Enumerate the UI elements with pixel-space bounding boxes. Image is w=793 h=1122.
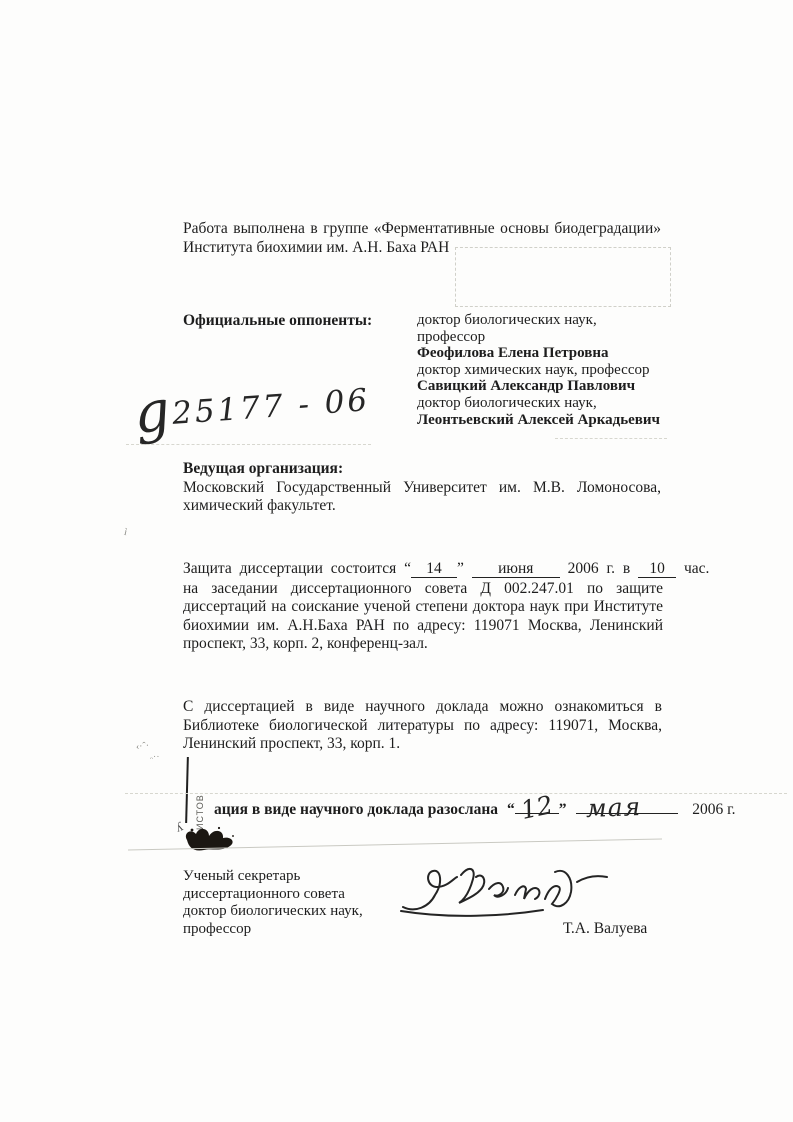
handwritten-accession-prefix: g [133,402,171,425]
secretary-line1: Ученый секретарь [183,868,363,886]
handwritten-accession-number: 25177 - 06 [172,391,371,423]
open-quote: “ [507,801,515,818]
mailing-month-blank: мая [576,813,678,814]
mailing-line: ация в виде научного доклада разослана “… [214,801,736,820]
leading-org-block: Ведущая организация: Московский Государс… [183,460,661,516]
secretary-line2: диссертационного совета [183,886,363,904]
opponents-label: Официальные оппоненты: [183,312,372,331]
mailing-year: 2006 г. [692,801,735,818]
handwritten-day: 12 [519,797,553,819]
scanned-document-page: Работа выполнена в группе «Ферментативны… [0,0,793,1122]
work-performed-line1: Работа выполнена в группе «Ферментативны… [183,220,661,239]
scan-diagonal-line [125,833,665,853]
scan-fold-line [125,793,787,794]
opponent-name: Феофилова Елена Петровна [417,345,667,362]
leading-org-line1: Московский Государственный Университет и… [183,479,661,498]
library-paragraph: С диссертацией в виде научного доклада м… [183,698,662,754]
mailing-text: ация в виде научного доклада разослана [214,801,498,818]
scan-artifact: ì [122,524,129,543]
opponent-degree: доктор биологических наук, [417,395,667,412]
defense-month-blank: июня [472,561,560,578]
defense-line1: Защита диссертации состоится “14” июня 2… [183,560,663,579]
defense-hour-blank: 10 [638,561,676,578]
defense-rest: на заседании диссертационного совета Д 0… [183,580,663,654]
close-quote: ” [559,801,567,818]
defense-before-day: Защита диссертации состоится [183,560,396,577]
scan-artifact: ᵔ˙˙ [150,752,160,771]
scan-artifact: ‹·ˆ· [135,737,150,757]
opponent-name: Савицкий Александр Павлович [417,378,667,395]
leading-org-line2: химический факультет. [183,497,661,516]
opponent-degree: доктор биологических наук, [417,312,667,329]
secretary-name: Т.А. Валуева [563,920,647,939]
stamp-vertical-line [185,757,189,823]
defense-after-hour: час. [684,560,709,577]
opponents-list: доктор биологических наук, профессор Фео… [417,312,667,428]
defense-after-month: 2006 г. в [568,560,631,577]
handwritten-month: мая [586,799,642,817]
secretary-line4: профессор [183,921,363,939]
leading-org-label: Ведущая организация: [183,460,661,479]
defense-day-blank: 14 [411,561,457,578]
erased-region [455,247,671,307]
close-quote: ” [457,560,464,577]
secretary-line3: доктор биологических наук, [183,903,363,921]
signature-handwriting [395,855,620,921]
scan-fold-line [126,444,371,445]
opponent-degree: профессор [417,329,667,346]
opponent-degree: доктор химических наук, профессор [417,362,667,379]
open-quote: “ [404,560,411,577]
defense-paragraph: Защита диссертации состоится “14” июня 2… [183,560,663,654]
opponent-name: Леонтьевский Алексей Аркадьевич [417,412,667,429]
mailing-day-blank: 12 [515,813,559,814]
scan-fold-line [555,438,667,439]
secretary-block: Ученый секретарь диссертационного совета… [183,868,363,938]
